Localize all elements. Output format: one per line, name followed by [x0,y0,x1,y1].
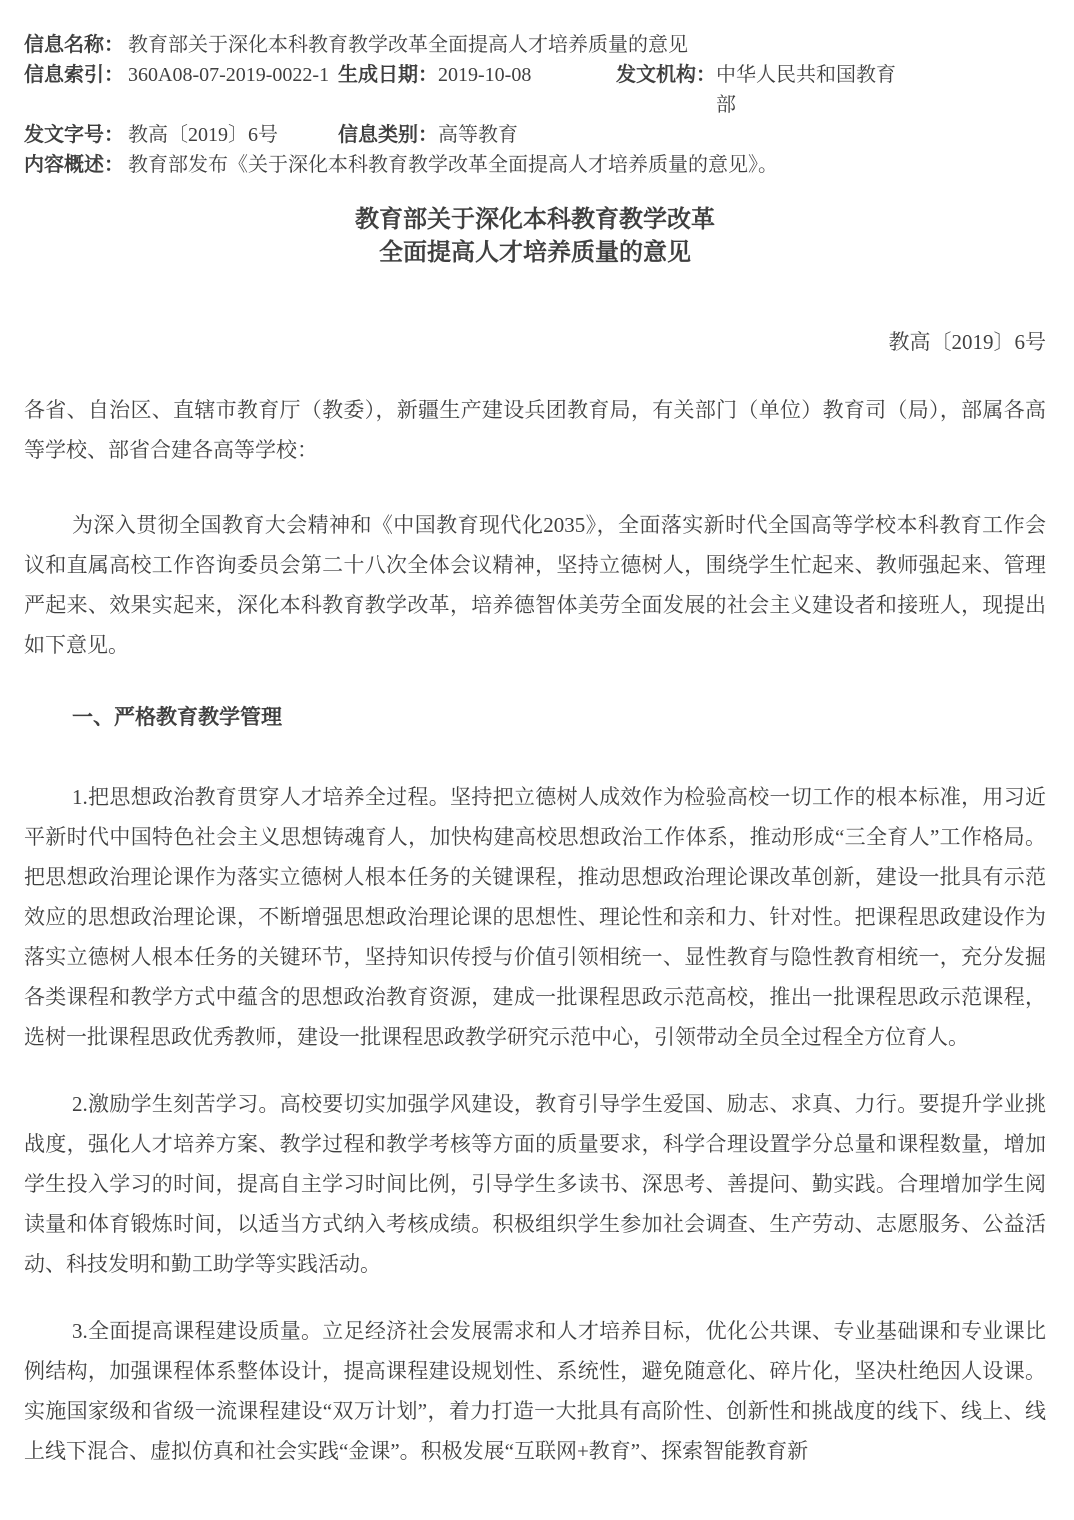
meta-index-value: 360A08-07-2019-0022-1 [128,60,338,120]
meta-name-label: 信息名称： [24,30,128,60]
meta-summary-value: 教育部发布《关于深化本科教育教学改革全面提高人才培养质量的意见》。 [128,150,906,180]
section-1-heading: 一、严格教育教学管理 [24,697,1046,737]
meta-category-value: 高等教育 [438,120,616,150]
meta-date-label: 生成日期： [338,60,438,120]
section-1-paragraph-3: 3.全面提高课程建设质量。立足经济社会发展需求和人才培养目标，优化公共课、专业基… [24,1311,1046,1471]
meta-agency-label: 发文机构： [616,60,716,120]
salutation: 各省、自治区、直辖市教育厅（教委），新疆生产建设兵团教育局，有关部门（单位）教育… [24,390,1046,470]
document-page: 信息名称： 教育部关于深化本科教育教学改革全面提高人才培养质量的意见 信息索引：… [0,0,1074,1520]
meta-summary-label: 内容概述： [24,150,128,180]
meta-docno-label: 发文字号： [24,120,128,150]
section-1-paragraph-2: 2.激励学生刻苦学习。高校要切实加强学风建设，教育引导学生爱国、励志、求真、力行… [24,1084,1046,1284]
intro-paragraph: 为深入贯彻全国教育大会精神和《中国教育现代化2035》，全面落实新时代全国高等学… [24,505,1046,665]
page-title: 教育部关于深化本科教育教学改革 全面提高人才培养质量的意见 [24,204,1046,270]
page-title-line1: 教育部关于深化本科教育教学改革 [24,204,1046,237]
meta-index-label: 信息索引： [24,60,128,120]
meta-name-value: 教育部关于深化本科教育教学改革全面提高人才培养质量的意见 [128,30,906,60]
section-1-paragraph-1: 1.把思想政治教育贯穿人才培养全过程。坚持把立德树人成效作为检验高校一切工作的根… [24,777,1046,1057]
meta-docno-value: 教高〔2019〕6号 [128,120,338,150]
doc-number: 教高〔2019〕6号 [24,322,1046,362]
meta-category-label: 信息类别： [338,120,438,150]
page-title-line2: 全面提高人才培养质量的意见 [24,237,1046,270]
meta-date-value: 2019-10-08 [438,60,616,120]
meta-agency-value: 中华人民共和国教育部 [716,60,906,120]
document-metadata: 信息名称： 教育部关于深化本科教育教学改革全面提高人才培养质量的意见 信息索引：… [24,30,1046,180]
